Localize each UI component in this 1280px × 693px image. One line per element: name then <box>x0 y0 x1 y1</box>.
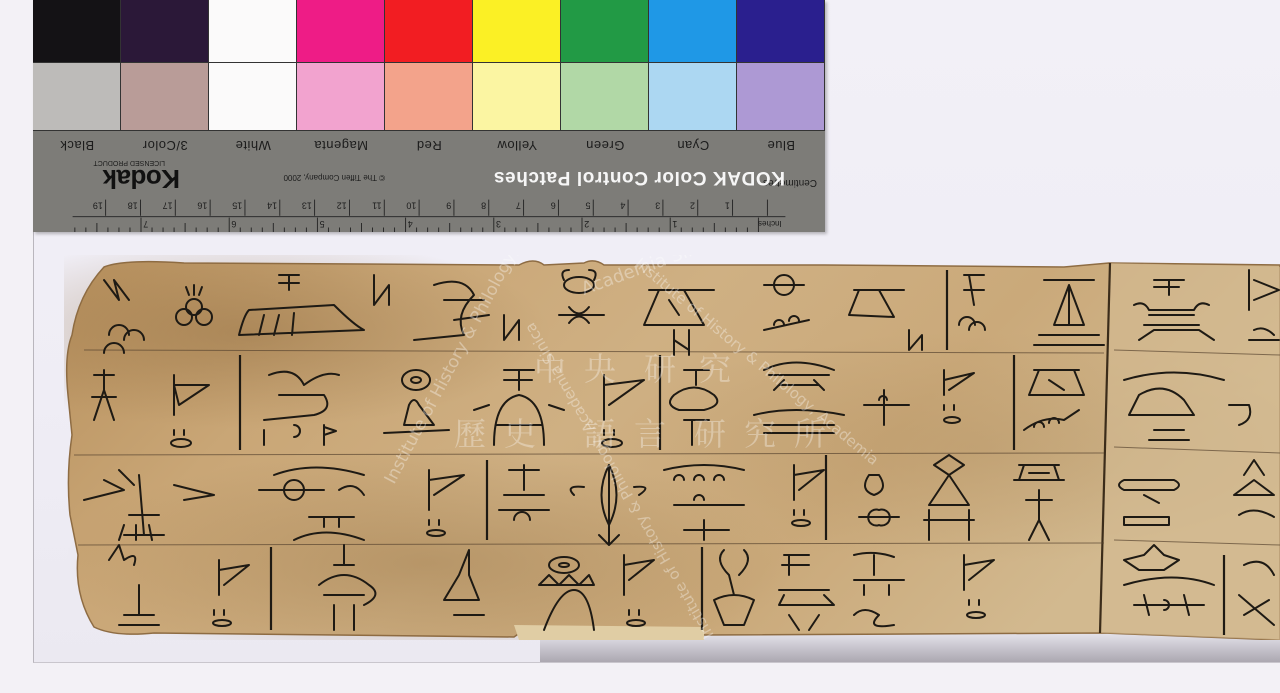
color-patch-blue-tint <box>737 63 825 131</box>
color-patch-cyan <box>649 0 737 63</box>
svg-text:16: 16 <box>197 200 207 210</box>
color-patch-cyan-tint <box>649 63 737 131</box>
kodak-logo: Kodak <box>103 163 180 194</box>
patch-label: 3/Color <box>121 131 209 159</box>
color-patch-blue <box>737 0 825 63</box>
svg-text:究: 究 <box>744 415 776 453</box>
svg-text:所: 所 <box>794 415 826 453</box>
svg-text:言: 言 <box>634 415 666 453</box>
manuscript-leaf: Institute of History & Philology, Academ… <box>64 255 1280 640</box>
color-patch-green <box>561 0 649 63</box>
svg-text:1: 1 <box>672 219 677 229</box>
patch-label: Blue <box>737 131 825 159</box>
patch-row-top <box>33 0 825 63</box>
svg-text:4: 4 <box>620 200 625 210</box>
patch-label: White <box>209 131 297 159</box>
color-patch-3-color-tint <box>121 63 209 131</box>
kodak-title: KODAK Color Control Patches <box>493 166 785 188</box>
patch-row-bottom <box>33 63 825 131</box>
svg-text:央: 央 <box>584 350 616 388</box>
svg-text:5: 5 <box>586 200 591 210</box>
svg-text:11: 11 <box>372 200 381 210</box>
svg-text:13: 13 <box>302 200 312 210</box>
svg-text:歷: 歷 <box>454 415 486 453</box>
svg-text:6: 6 <box>551 200 556 210</box>
color-patch-3-color <box>121 0 209 63</box>
kodak-color-strip: BlueCyanGreenYellowRedMagentaWhite3/Colo… <box>33 0 825 232</box>
patch-label: Magenta <box>297 131 385 159</box>
svg-text:究: 究 <box>699 350 731 388</box>
color-patch-black <box>33 0 121 63</box>
svg-text:3: 3 <box>496 219 501 229</box>
svg-text:9: 9 <box>446 200 451 210</box>
dongba-manuscript: Institute of History & Philology, Academ… <box>64 255 1280 640</box>
svg-text:12: 12 <box>337 200 347 210</box>
color-patch-black-tint <box>33 63 121 131</box>
svg-text:語: 語 <box>584 415 616 453</box>
licensed-product: LICENSED PRODUCT <box>93 159 165 166</box>
color-patch-magenta-tint <box>297 63 385 131</box>
svg-text:3: 3 <box>655 200 660 210</box>
svg-text:2: 2 <box>584 219 589 229</box>
ruler: Inches1234567123456789101112131415161718… <box>33 196 825 232</box>
color-patch-red <box>385 0 473 63</box>
svg-text:15: 15 <box>232 200 242 210</box>
svg-text:19: 19 <box>93 200 103 210</box>
patch-label: Red <box>385 131 473 159</box>
patch-label: Cyan <box>649 131 737 159</box>
kodak-label-band: BlueCyanGreenYellowRedMagentaWhite3/Colo… <box>33 131 825 232</box>
svg-text:8: 8 <box>481 200 486 210</box>
svg-text:6: 6 <box>231 219 236 229</box>
svg-text:18: 18 <box>128 200 138 210</box>
svg-text:研: 研 <box>644 350 676 388</box>
svg-text:中: 中 <box>534 350 566 388</box>
copyright-text: © The Tiffen Company, 2000 <box>283 173 385 182</box>
svg-text:史: 史 <box>504 415 536 453</box>
patch-labels: BlueCyanGreenYellowRedMagentaWhite3/Colo… <box>33 131 825 159</box>
color-patch-yellow <box>473 0 561 63</box>
svg-text:2: 2 <box>690 200 695 210</box>
patch-label: Yellow <box>473 131 561 159</box>
svg-text:17: 17 <box>163 200 173 210</box>
color-patch-magenta <box>297 0 385 63</box>
color-patch-white-tint <box>209 63 297 131</box>
color-patch-white <box>209 0 297 63</box>
patch-label: Black <box>33 131 121 159</box>
svg-text:7: 7 <box>516 200 521 210</box>
svg-text:1: 1 <box>725 200 730 210</box>
svg-text:Inches: Inches <box>758 219 782 228</box>
svg-text:5: 5 <box>320 219 325 229</box>
svg-text:10: 10 <box>406 200 416 210</box>
color-patch-green-tint <box>561 63 649 131</box>
color-patch-red-tint <box>385 63 473 131</box>
patch-label: Green <box>561 131 649 159</box>
color-patch-yellow-tint <box>473 63 561 131</box>
svg-text:7: 7 <box>143 219 148 229</box>
svg-text:研: 研 <box>694 415 726 453</box>
svg-text:4: 4 <box>408 219 413 229</box>
svg-text:14: 14 <box>267 200 277 210</box>
